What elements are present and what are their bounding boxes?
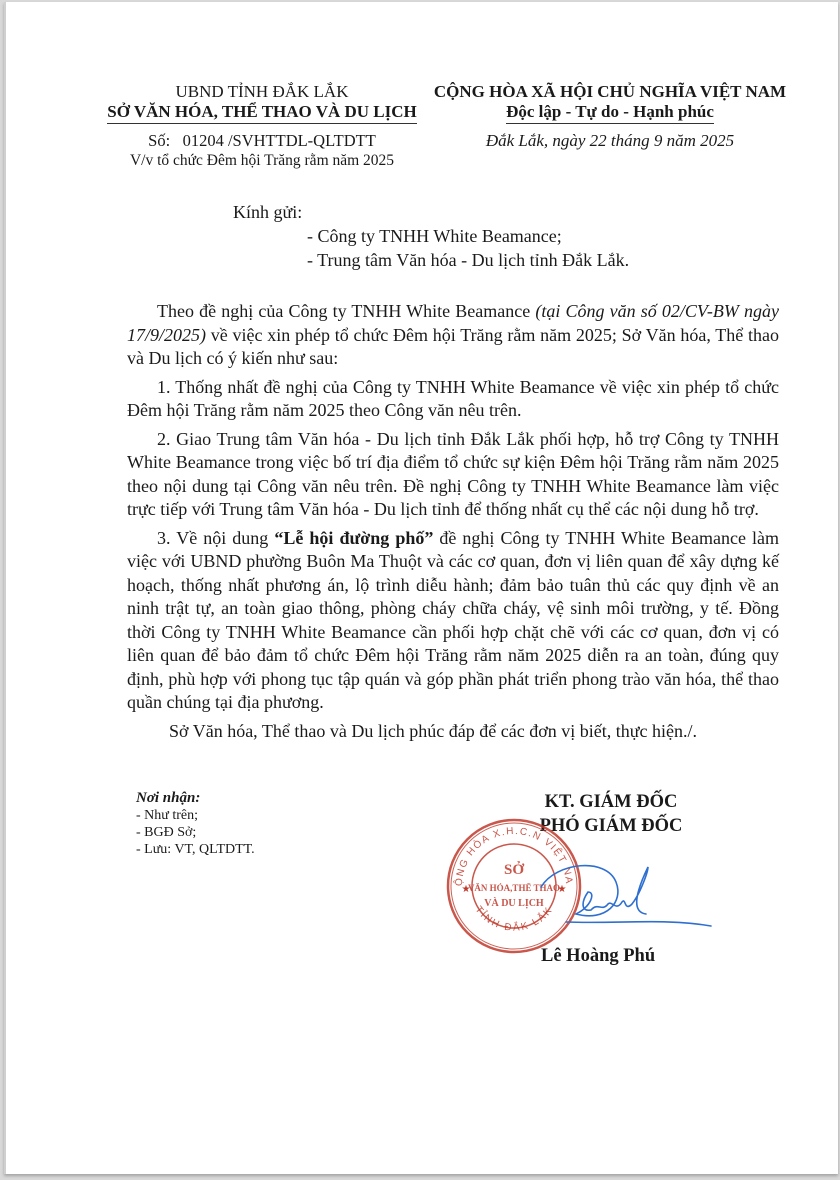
national-header: CỘNG HÒA XÃ HỘI CHỦ NGHĨA VIỆT NAM Độc l…	[424, 82, 796, 152]
svg-text:VÀ DU LỊCH: VÀ DU LỊCH	[484, 897, 544, 909]
recipients-label: Kính gửi:	[233, 200, 629, 224]
signer-name: Lê Hoàng Phú	[541, 946, 655, 967]
closing-paragraph: Sở Văn hóa, Thể thao và Du lịch phúc đáp…	[127, 720, 779, 744]
recipient-item: - Công ty TNHH White Beamance;	[233, 224, 629, 248]
intro-paragraph: Theo đề nghị của Công ty TNHH White Beam…	[127, 300, 779, 371]
distribution-label: Nơi nhận:	[136, 790, 255, 807]
document-subject: V/v tổ chức Đêm hội Trăng rằm năm 2025	[102, 152, 422, 170]
item-3-paragraph: 3. Về nội dung “Lễ hội đường phố” đề ngh…	[127, 527, 779, 715]
issuer-header: UBND TỈNH ĐẮK LẮK SỞ VĂN HÓA, THỂ THAO V…	[102, 82, 422, 170]
distribution-item: - Như trên;	[136, 807, 255, 824]
distribution-item: - BGĐ Sở;	[136, 824, 255, 841]
document-page: UBND TỈNH ĐẮK LẮK SỞ VĂN HÓA, THỂ THAO V…	[4, 2, 838, 1174]
item-2-paragraph: 2. Giao Trung tâm Văn hóa - Du lịch tỉnh…	[127, 428, 779, 522]
national-motto: Độc lập - Tự do - Hạnh phúc	[424, 102, 796, 124]
recipients-block: Kính gửi: - Công ty TNHH White Beamance;…	[233, 200, 629, 272]
handwritten-signature-icon	[536, 852, 716, 942]
svg-text:SỞ: SỞ	[504, 861, 524, 878]
department-name: SỞ VĂN HÓA, THỂ THAO VÀ DU LỊCH	[102, 102, 422, 124]
nation-title: CỘNG HÒA XÃ HỘI CHỦ NGHĨA VIỆT NAM	[424, 82, 796, 102]
recipient-item: - Trung tâm Văn hóa - Du lịch tỉnh Đắk L…	[233, 248, 629, 272]
distribution-list: Nơi nhận: - Như trên; - BGĐ Sở; - Lưu: V…	[136, 790, 255, 858]
authority-name: UBND TỈNH ĐẮK LẮK	[102, 82, 422, 102]
document-body: Theo đề nghị của Công ty TNHH White Beam…	[127, 300, 779, 748]
document-number: Số: 01204 /SVHTTDL-QLTDTT	[102, 130, 422, 152]
distribution-item: - Lưu: VT, QLTDTT.	[136, 841, 255, 858]
item-1-paragraph: 1. Thống nhất đề nghị của Công ty TNHH W…	[127, 376, 779, 423]
place-date: Đắk Lắk, ngày 22 tháng 9 năm 2025	[424, 130, 796, 152]
